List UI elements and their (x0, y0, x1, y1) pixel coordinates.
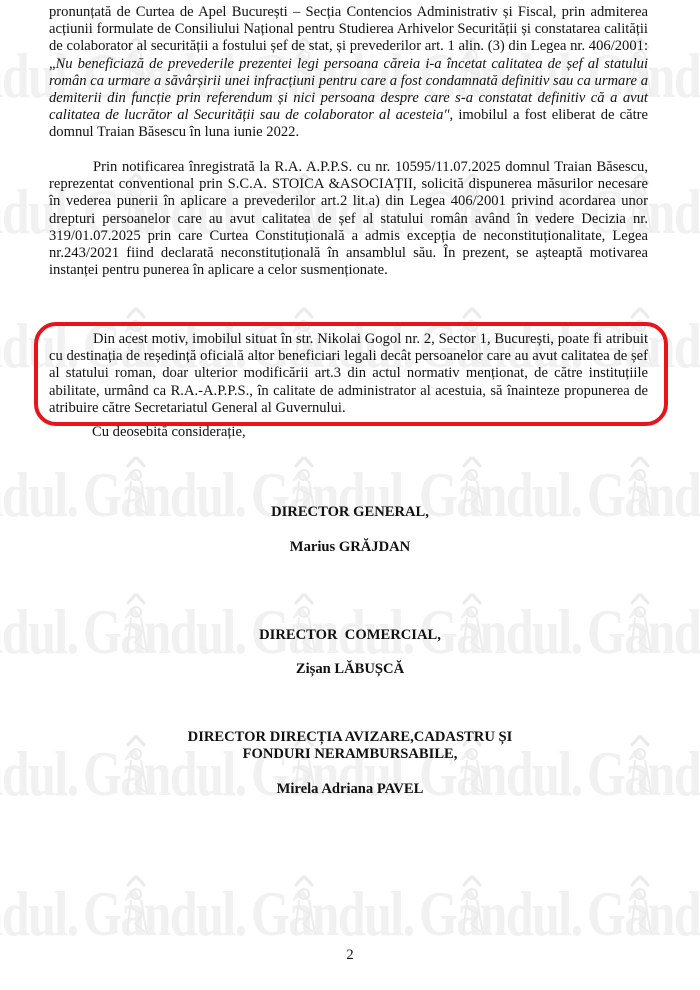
signature-name-director-general: Marius GRĂJDAN (0, 539, 700, 556)
paragraph-3-text: Din acest motiv, imobilul situat în str.… (49, 331, 648, 416)
signature-title-director-comercial: DIRECTOR COMERCIAL, (0, 627, 700, 644)
signature-name-director-avizare: Mirela Adriana PAVEL (0, 781, 700, 798)
paragraph-2: Prin notificarea înregistrată la R.A. A.… (49, 159, 648, 279)
document-page: pronunțată de Curtea de Apel București –… (0, 0, 700, 990)
signature-name-director-comercial: Zișan LĂBUȘCĂ (0, 661, 700, 678)
paragraph-1: pronunțată de Curtea de Apel București –… (49, 4, 648, 142)
closing-salutation: Cu deosebită considerație, (92, 424, 246, 441)
paragraph-3-highlighted: Din acest motiv, imobilul situat în str.… (49, 331, 648, 417)
signature-title-director-avizare-line1: DIRECTOR DIRECȚIA AVIZARE,CADASTRU ȘI (0, 729, 700, 746)
page-number: 2 (0, 947, 700, 964)
signature-title-director-avizare-line2: FONDURI NERAMBURSABILE, (0, 746, 700, 763)
signature-title-director-general: DIRECTOR GENERAL, (0, 504, 700, 521)
paragraph-2-text: Prin notificarea înregistrată la R.A. A.… (49, 159, 648, 278)
